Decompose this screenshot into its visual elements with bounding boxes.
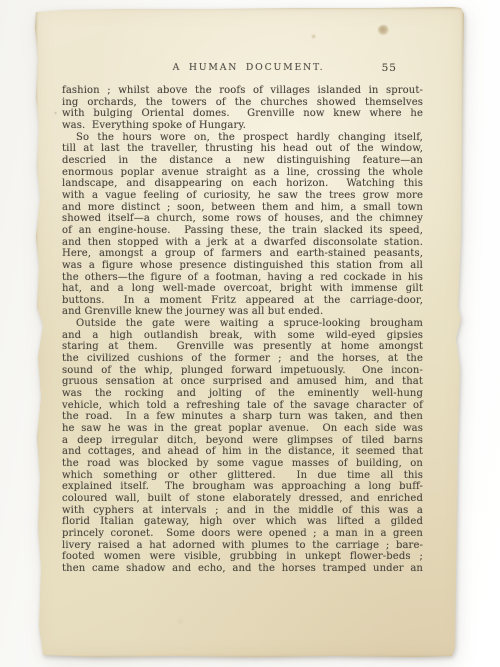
foxing-spot bbox=[54, 111, 57, 115]
text-line: explained itself. The brougham was appro… bbox=[62, 481, 423, 493]
text-line: buttons. In a moment Fritz appeared at t… bbox=[62, 295, 423, 307]
text-line: and a high outlandish break, with some w… bbox=[62, 330, 423, 342]
text-line: with cyphers at intervals ; and in the m… bbox=[62, 505, 423, 517]
text-line: florid Italian gateway, high over which … bbox=[62, 516, 423, 528]
text-line: which something or other glittered. In d… bbox=[62, 470, 423, 482]
text-line: a deep irregular ditch, beyond were glim… bbox=[62, 435, 423, 447]
text-line: then came shadow and echo, and the horse… bbox=[62, 563, 423, 575]
text-line: and cottages, and ahead of him in the di… bbox=[62, 446, 423, 458]
text-line: hat, and a long well-made overcoat, brig… bbox=[62, 283, 423, 295]
page-number: 55 bbox=[382, 61, 397, 75]
scan-background: A HUMAN DOCUMENT. 55 fashion ; whilst ab… bbox=[0, 0, 500, 667]
running-header: A HUMAN DOCUMENT. bbox=[68, 61, 429, 75]
text-line: princely coronet. Some doors were opened… bbox=[62, 528, 423, 540]
text-line: livery raised a hat adorned with plumes … bbox=[62, 540, 423, 552]
text-line: the road. In a few minutes a sharp turn … bbox=[62, 411, 423, 423]
text-line: Outside the gate were waiting a spruce-l… bbox=[62, 318, 423, 330]
text-line: So the hours wore on, the prospect hardl… bbox=[62, 132, 423, 144]
text-line: was the rocking and jolting of the emine… bbox=[62, 388, 423, 400]
text-line: landscape, and disappearing on each hori… bbox=[62, 178, 423, 190]
book-page-wrap: A HUMAN DOCUMENT. 55 fashion ; whilst ab… bbox=[35, 7, 464, 658]
text-line: and then stopped with a jerk at a dwarfe… bbox=[62, 237, 423, 249]
text-line: enormous poplar avenue straight as a lin… bbox=[62, 167, 423, 179]
text-line: vehicle, which told a refreshing tale of… bbox=[62, 400, 423, 412]
text-line: was a figure whose presence distinguishe… bbox=[62, 260, 423, 272]
text-line: footed women were visible, grubbing in u… bbox=[62, 551, 423, 563]
text-line: with bulging Oriental domes. Grenville n… bbox=[62, 108, 423, 120]
text-line: sound of the whip, plunged forward impet… bbox=[62, 365, 423, 377]
page-header: A HUMAN DOCUMENT. 55 bbox=[62, 61, 423, 75]
text-line: staring at them. Grenville was presently… bbox=[62, 341, 423, 353]
text-line: he saw he was in the great poplar avenue… bbox=[62, 423, 423, 435]
text-line: gruous sensation at once surprised and a… bbox=[62, 376, 423, 388]
text-line: and Grenville knew the journey was all b… bbox=[62, 306, 423, 318]
text-line: descried in the distance a new distingui… bbox=[62, 155, 423, 167]
text-line: till at last the traveller, thrusting hi… bbox=[62, 143, 423, 155]
text-line: showed itself—a church, some rows of hou… bbox=[62, 213, 423, 225]
text-line: the civilized cushions of the former ; a… bbox=[62, 353, 423, 365]
text-line: the road was blocked by some vague masse… bbox=[62, 458, 423, 470]
foxing-spot bbox=[177, 619, 184, 624]
foxing-spot bbox=[311, 34, 316, 39]
book-page: A HUMAN DOCUMENT. 55 fashion ; whilst ab… bbox=[35, 7, 464, 658]
text-line: with a vague feeling of curiosity, he sa… bbox=[62, 190, 423, 202]
text-line: fashion ; whilst above the roofs of vill… bbox=[62, 85, 423, 97]
text-line: ing orchards, the towers of the churches… bbox=[62, 97, 423, 109]
text-line: Here, amongst a group of farmers and ear… bbox=[62, 248, 423, 260]
text-line: coloured wall, built of stone elaboratel… bbox=[62, 493, 423, 505]
body-text: fashion ; whilst above the roofs of vill… bbox=[62, 85, 423, 575]
text-line: and more distinct ; soon, between them a… bbox=[62, 202, 423, 214]
text-line: was. Everything spoke of Hungary. bbox=[62, 120, 423, 132]
foxing-spot bbox=[378, 25, 389, 35]
text-line: of an engine-house. Passing these, the t… bbox=[62, 225, 423, 237]
text-line: the others—the figure of a footman, havi… bbox=[62, 272, 423, 284]
